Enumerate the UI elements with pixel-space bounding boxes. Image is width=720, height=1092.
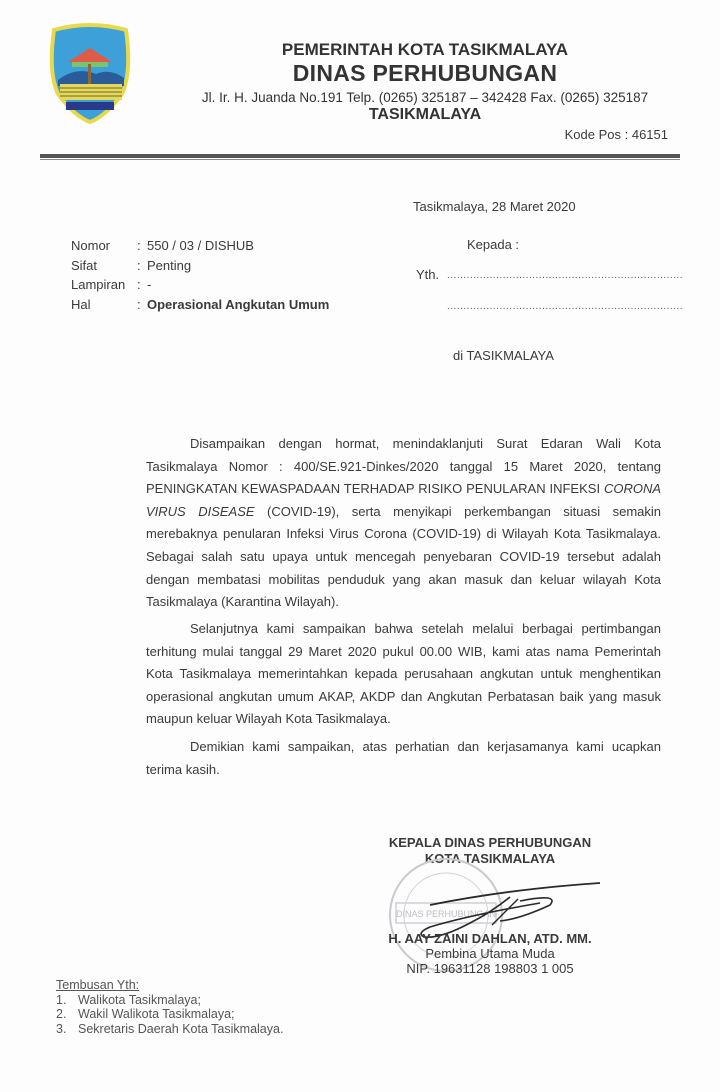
cc-item-text: Sekretaris Daerah Kota Tasikmalaya. xyxy=(78,1022,283,1037)
meta-separator: : xyxy=(137,295,147,315)
letterhead-address: Jl. Ir. H. Juanda No.191 Telp. (0265) 32… xyxy=(160,90,690,105)
recipient-blank-line-2: ........................................… xyxy=(447,301,683,312)
postal-code: Kode Pos : 46151 xyxy=(565,127,668,142)
meta-row-nomor: Nomor : 550 / 03 / DISHUB xyxy=(71,236,329,256)
signatory-name: H. AAY ZAINI DAHLAN, ATD. MM. xyxy=(380,931,600,946)
meta-row-sifat: Sifat : Penting xyxy=(71,256,329,276)
meta-separator: : xyxy=(137,256,147,276)
meta-value: - xyxy=(147,275,151,295)
meta-value: Penting xyxy=(147,256,191,276)
cc-item-number: 2. xyxy=(56,1007,78,1022)
cc-item: 3. Sekretaris Daerah Kota Tasikmalaya. xyxy=(56,1022,283,1037)
meta-separator: : xyxy=(137,275,147,295)
meta-label: Hal xyxy=(71,295,137,315)
letterhead-city: TASIKMALAYA xyxy=(160,106,690,124)
letterhead-government: PEMERINTAH KOTA TASIKMALAYA xyxy=(160,40,690,60)
meta-value-subject: Operasional Angkutan Umum xyxy=(147,295,329,315)
letterhead-agency: DINAS PERHUBUNGAN xyxy=(160,60,690,87)
cc-item-text: Walikota Tasikmalaya; xyxy=(78,993,201,1008)
cc-title: Tembusan Yth: xyxy=(56,978,283,993)
letter-meta: Nomor : 550 / 03 / DISHUB Sifat : Pentin… xyxy=(71,236,329,314)
meta-label: Nomor xyxy=(71,236,137,256)
recipient-blank-line-1: ........................................… xyxy=(447,270,683,281)
meta-row-lampiran: Lampiran : - xyxy=(71,275,329,295)
body-paragraph-3: Demikian kami sampaikan, atas perhatian … xyxy=(146,736,661,781)
cc-item: 2. Wakil Walikota Tasikmalaya; xyxy=(56,1007,283,1022)
letterhead-divider-thin xyxy=(40,159,680,160)
meta-row-hal: Hal : Operasional Angkutan Umum xyxy=(71,295,329,315)
cc-item-number: 3. xyxy=(56,1022,78,1037)
meta-label: Lampiran xyxy=(71,275,137,295)
cc-item-number: 1. xyxy=(56,993,78,1008)
paragraph-text: Disampaikan dengan hormat, menindaklanju… xyxy=(146,436,661,496)
letterhead-divider-thick xyxy=(40,154,680,158)
letter-date: Tasikmalaya, 28 Maret 2020 xyxy=(413,199,576,214)
cc-item: 1. Walikota Tasikmalaya; xyxy=(56,993,283,1008)
meta-value: 550 / 03 / DISHUB xyxy=(147,236,254,256)
signatory-title-1: KEPALA DINAS PERHUBUNGAN xyxy=(380,835,600,850)
body-paragraph-2: Selanjutnya kami sampaikan bahwa setelah… xyxy=(146,618,661,731)
body-paragraph-1: Disampaikan dengan hormat, menindaklanju… xyxy=(146,433,661,614)
recipient-kepada: Kepada : xyxy=(467,237,519,252)
recipient-location: di TASIKMALAYA xyxy=(453,348,554,363)
meta-label: Sifat xyxy=(71,256,137,276)
carbon-copy-list: Tembusan Yth: 1. Walikota Tasikmalaya; 2… xyxy=(56,978,283,1036)
signatory-nip: NIP. 19631128 198803 1 005 xyxy=(380,961,600,976)
recipient-yth: Yth. xyxy=(416,267,439,282)
cc-item-text: Wakil Walikota Tasikmalaya; xyxy=(78,1007,235,1022)
signatory-rank: Pembina Utama Muda xyxy=(380,946,600,961)
city-emblem-icon xyxy=(46,22,134,124)
paragraph-text: (COVID-19), serta menyikapi perkembangan… xyxy=(146,504,661,609)
meta-separator: : xyxy=(137,236,147,256)
